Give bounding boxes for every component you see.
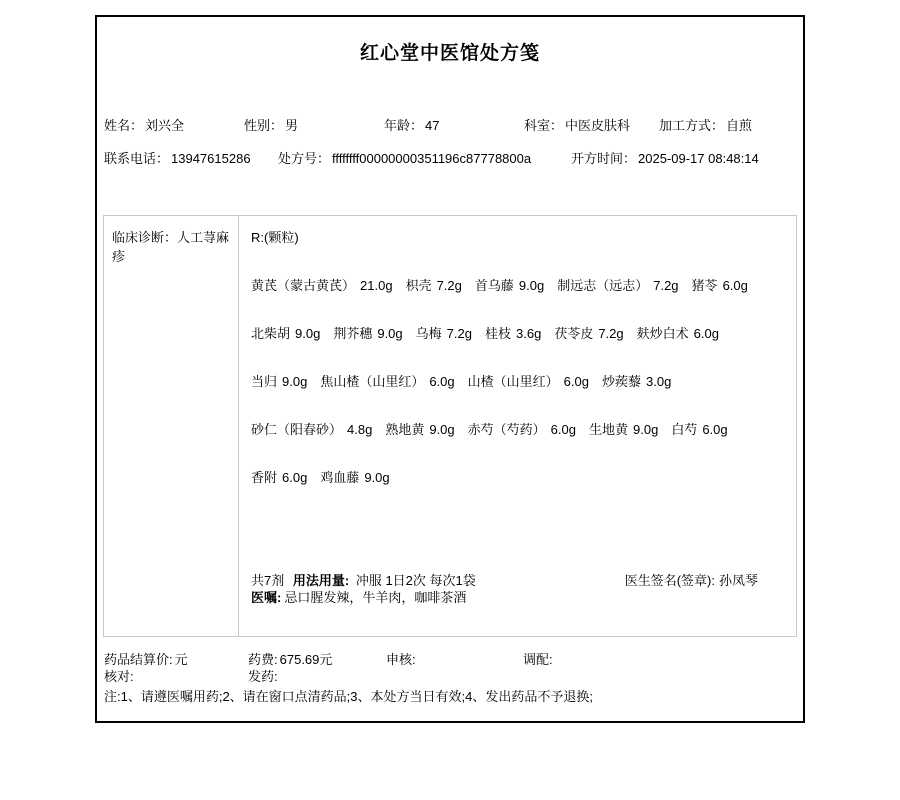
clinic-title: 红心堂中医馆处方笺 xyxy=(97,38,803,65)
usage-value: 冲服 1日2次 每次1袋 xyxy=(356,573,476,588)
herb-item: 茯苓皮7.2g xyxy=(554,326,623,341)
herb-name: 香附 xyxy=(251,470,277,485)
medicine-fee-label: 药费: xyxy=(248,652,278,667)
footer-note: 注:1、请遵医嘱用药;2、请在窗口点清药品;3、本处方当日有效;4、发出药品不予… xyxy=(104,686,593,705)
herb-name: 黄芪（蒙古黄芪） xyxy=(251,278,355,293)
herb-lines: 黄芪（蒙古黄芪）21.0g枳壳7.2g首乌藤9.0g制远志（远志）7.2g猪苓6… xyxy=(251,277,786,486)
herb-name: 白芍 xyxy=(671,422,697,437)
herb-item: 荆芥穗9.0g xyxy=(333,326,402,341)
herb-dose: 3.6g xyxy=(516,326,541,341)
processing-method-label: 加工方式： xyxy=(659,118,724,133)
herb-name: 茯苓皮 xyxy=(554,326,593,341)
processing-method-value: 自煎 xyxy=(726,118,752,133)
herb-line: 黄芪（蒙古黄芪）21.0g枳壳7.2g首乌藤9.0g制远志（远志）7.2g猪苓6… xyxy=(251,277,786,294)
patient-age-field: 年龄：47 xyxy=(384,115,439,134)
prescription-number-value: ffffffff00000000351196c87778800a xyxy=(332,151,531,166)
patient-age-label: 年龄： xyxy=(384,118,423,133)
herb-dose: 6.0g xyxy=(429,374,454,389)
dispense-prepare-label: 调配: xyxy=(523,652,553,667)
herb-name: 鸡血藤 xyxy=(320,470,359,485)
usage-label: 用法用量: xyxy=(293,573,349,588)
herb-item: 猪苓6.0g xyxy=(692,278,748,293)
phone-label: 联系电话： xyxy=(104,151,169,166)
herb-item: 乌梅7.2g xyxy=(416,326,472,341)
issue-time-label: 开方时间： xyxy=(571,151,636,166)
herb-name: 当归 xyxy=(251,374,277,389)
review-label: 申核: xyxy=(386,652,416,667)
herb-item: 枳壳7.2g xyxy=(406,278,462,293)
herb-dose: 9.0g xyxy=(364,470,389,485)
diagnosis-label: 临床诊断： xyxy=(112,230,177,245)
herb-item: 鸡血藤9.0g xyxy=(320,470,389,485)
issue-time-field: 开方时间：2025-09-17 08:48:14 xyxy=(571,148,759,167)
dispense-prepare-field: 调配: xyxy=(523,649,555,668)
medical-advice-value: 忌口腥发辣，牛羊肉，咖啡茶酒 xyxy=(284,590,466,605)
usage-block: 共7剂 用法用量: 冲服 1日2次 每次1袋 医生签名(签章):孙凤琴 医嘱:忌… xyxy=(251,572,786,606)
herb-dose: 4.8g xyxy=(347,422,372,437)
herb-name: 制远志（远志） xyxy=(557,278,648,293)
herb-item: 赤芍（芍药）6.0g xyxy=(468,422,576,437)
herb-dose: 9.0g xyxy=(377,326,402,341)
herb-item: 桂枝3.6g xyxy=(485,326,541,341)
herb-name: 山楂（山里红） xyxy=(468,374,559,389)
herb-dose: 9.0g xyxy=(633,422,658,437)
herb-line: 当归9.0g焦山楂（山里红）6.0g山楂（山里红）6.0g炒蒺藜3.0g xyxy=(251,373,786,390)
dose-count: 共7剂 xyxy=(251,573,284,588)
herb-item: 生地黄9.0g xyxy=(589,422,658,437)
rx-form-header: R:(颗粒) xyxy=(251,229,786,246)
herb-dose: 6.0g xyxy=(551,422,576,437)
herb-dose: 6.0g xyxy=(702,422,727,437)
patient-gender-value: 男 xyxy=(285,118,298,133)
medical-advice: 医嘱:忌口腥发辣，牛羊肉，咖啡茶酒 xyxy=(251,589,786,606)
herb-dose: 21.0g xyxy=(360,278,393,293)
check-label: 核对: xyxy=(104,669,134,684)
herb-item: 焦山楂（山里红）6.0g xyxy=(320,374,454,389)
herb-name: 荆芥穗 xyxy=(333,326,372,341)
herb-item: 熟地黄9.0g xyxy=(385,422,454,437)
medical-advice-label: 医嘱: xyxy=(251,590,281,605)
herb-line: 北柴胡9.0g荆芥穗9.0g乌梅7.2g桂枝3.6g茯苓皮7.2g麸炒白术6.0… xyxy=(251,325,786,342)
herb-name: 炒蒺藜 xyxy=(602,374,641,389)
herb-item: 首乌藤9.0g xyxy=(475,278,544,293)
herb-item: 制远志（远志）7.2g xyxy=(557,278,678,293)
herb-item: 麸炒白术6.0g xyxy=(637,326,719,341)
herb-dose: 3.0g xyxy=(646,374,671,389)
herb-item: 炒蒺藜3.0g xyxy=(602,374,671,389)
phone-field: 联系电话：13947615286 xyxy=(104,148,251,167)
review-field: 申核: xyxy=(386,649,418,668)
processing-method-field: 加工方式：自煎 xyxy=(659,115,752,134)
herb-dose: 9.0g xyxy=(295,326,320,341)
herb-dose: 9.0g xyxy=(282,374,307,389)
herb-dose: 6.0g xyxy=(564,374,589,389)
clinical-diagnosis: 临床诊断：人工荨麻疹 xyxy=(104,216,239,636)
herb-dose: 6.0g xyxy=(694,326,719,341)
herb-item: 当归9.0g xyxy=(251,374,307,389)
herb-name: 生地黄 xyxy=(589,422,628,437)
phone-value: 13947615286 xyxy=(171,151,251,166)
issue-time-value: 2025-09-17 08:48:14 xyxy=(638,151,759,166)
herb-name: 乌梅 xyxy=(416,326,442,341)
doctor-signature-name: 孙凤琴 xyxy=(719,573,758,588)
medicine-fee-value: 675.69元 xyxy=(280,652,333,667)
herb-name: 赤芍（芍药） xyxy=(468,422,546,437)
herb-name: 焦山楂（山里红） xyxy=(320,374,424,389)
herb-line: 香附6.0g鸡血藤9.0g xyxy=(251,469,786,486)
herb-dose: 9.0g xyxy=(519,278,544,293)
herb-name: 首乌藤 xyxy=(475,278,514,293)
herb-item: 山楂（山里红）6.0g xyxy=(468,374,589,389)
department-field: 科室：中医皮肤科 xyxy=(524,115,630,134)
herb-name: 猪苓 xyxy=(692,278,718,293)
department-label: 科室： xyxy=(524,118,563,133)
herb-dose: 7.2g xyxy=(653,278,678,293)
herb-dose: 7.2g xyxy=(598,326,623,341)
herb-dose: 6.0g xyxy=(723,278,748,293)
herb-item: 砂仁（阳春砂）4.8g xyxy=(251,422,372,437)
herb-name: 桂枝 xyxy=(485,326,511,341)
prescription-sheet: 红心堂中医馆处方笺 姓名：刘兴全 性别：男 年龄：47 科室：中医皮肤科 加工方… xyxy=(95,15,805,723)
herb-line: 砂仁（阳春砂）4.8g熟地黄9.0g赤芍（芍药）6.0g生地黄9.0g白芍6.0… xyxy=(251,421,786,438)
prescription-number-label: 处方号： xyxy=(278,151,330,166)
herb-item: 香附6.0g xyxy=(251,470,307,485)
herb-item: 北柴胡9.0g xyxy=(251,326,320,341)
herb-dose: 6.0g xyxy=(282,470,307,485)
patient-gender-label: 性别： xyxy=(244,118,283,133)
patient-name-field: 姓名：刘兴全 xyxy=(104,115,184,134)
settlement-price-value: 元 xyxy=(175,652,188,667)
prescription-number-field: 处方号：ffffffff00000000351196c87778800a xyxy=(278,148,531,167)
patient-name-label: 姓名： xyxy=(104,118,143,133)
department-value: 中医皮肤科 xyxy=(565,118,630,133)
herb-dose: 7.2g xyxy=(447,326,472,341)
usage-line: 共7剂 用法用量: 冲服 1日2次 每次1袋 医生签名(签章):孙凤琴 xyxy=(251,572,786,589)
settlement-price-label: 药品结算价: xyxy=(104,652,173,667)
give-medicine-label: 发药: xyxy=(248,669,278,684)
give-medicine-field: 发药: xyxy=(248,666,280,685)
patient-name-value: 刘兴全 xyxy=(145,118,184,133)
herb-dose: 9.0g xyxy=(429,422,454,437)
herb-name: 砂仁（阳春砂） xyxy=(251,422,342,437)
doctor-signature-label: 医生签名(签章): xyxy=(625,573,715,588)
herb-name: 枳壳 xyxy=(406,278,432,293)
patient-gender-field: 性别：男 xyxy=(244,115,298,134)
herb-item: 白芍6.0g xyxy=(671,422,727,437)
patient-age-value: 47 xyxy=(425,118,439,133)
herb-name: 北柴胡 xyxy=(251,326,290,341)
herb-name: 麸炒白术 xyxy=(637,326,689,341)
doctor-signature: 医生签名(签章):孙凤琴 xyxy=(625,572,758,589)
herb-dose: 7.2g xyxy=(437,278,462,293)
check-field: 核对: xyxy=(104,666,136,685)
rx-column: R:(颗粒) 黄芪（蒙古黄芪）21.0g枳壳7.2g首乌藤9.0g制远志（远志）… xyxy=(239,216,796,636)
prescription-body-box: 临床诊断：人工荨麻疹 R:(颗粒) 黄芪（蒙古黄芪）21.0g枳壳7.2g首乌藤… xyxy=(103,215,797,637)
herb-item: 黄芪（蒙古黄芪）21.0g xyxy=(251,278,393,293)
herb-name: 熟地黄 xyxy=(385,422,424,437)
